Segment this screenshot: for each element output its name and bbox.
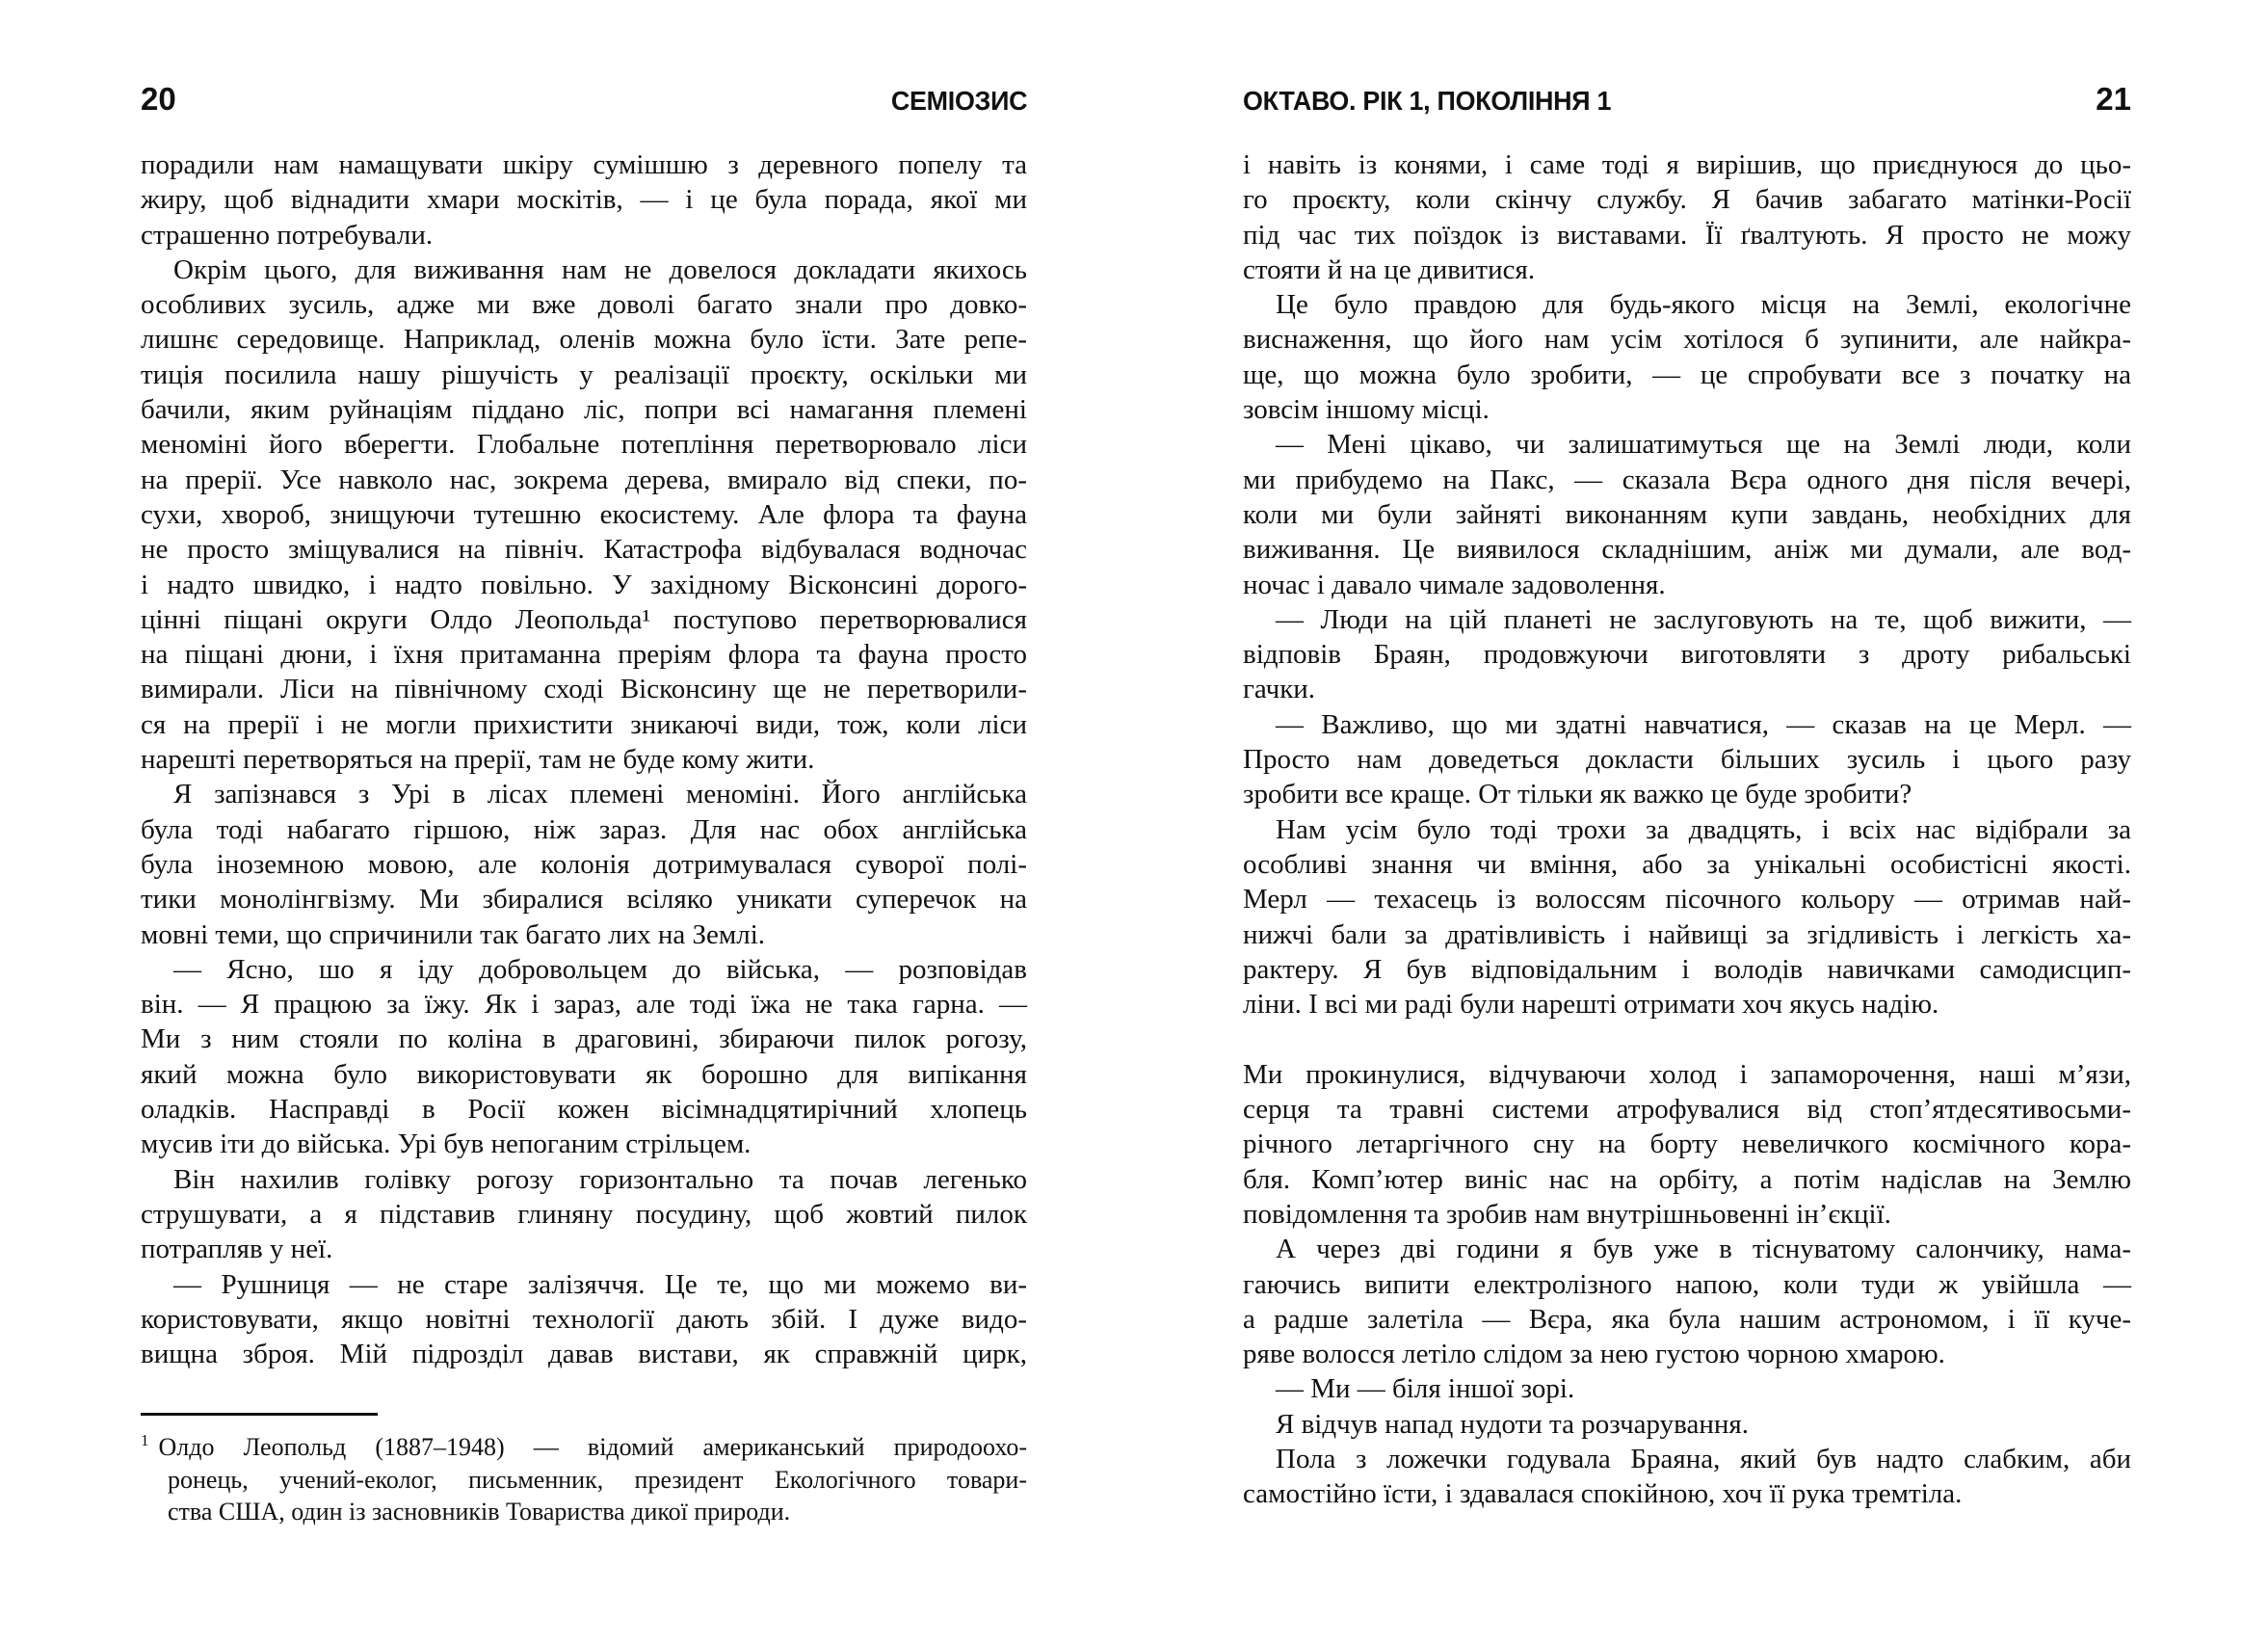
text-line: зовсім іншому місці. [1243,392,2131,427]
right-page-number: 21 [2096,81,2131,118]
footnote-line: 1Олдо Леопольд (1887–1948) — відомий аме… [141,1431,1027,1464]
footnote-marker: 1 [141,1431,159,1449]
text-line: була іноземною мовою, але колонія дотрим… [141,847,1027,882]
text-line: потрапляв у неї. [141,1232,1027,1266]
text-line: Пола з ложечки годувала Браяна, який був… [1243,1442,2131,1476]
text-line: особливі знання чи вміння, або за унікал… [1243,847,2131,882]
text-line: — Ясно, шо я іду добровольцем до війська… [141,952,1027,987]
text-line: А через дві години я був уже в тіснувато… [1243,1232,2131,1266]
text-line: — Люди на цій планеті не заслуговують на… [1243,602,2131,637]
left-page-header: 20 СЕМІОЗИС [141,81,1027,118]
text-line: Ми з ним стояли по коліна в драговині, з… [141,1022,1027,1056]
text-line: Я відчув напад нудоти та розчарування. [1243,1407,2131,1442]
text-line: страшенно потребували. [141,218,1027,252]
text-line: особливих зусиль, адже ми вже доволі баг… [141,287,1027,322]
text-line: лишнє середовище. Наприклад, оленів можн… [141,322,1027,357]
left-running-head: СЕМІОЗИС [891,86,1027,117]
text-line: — Важливо, що ми здатні навчатися, — ска… [1243,707,2131,742]
text-line: річного летаргічного сну на борту невели… [1243,1127,2131,1161]
text-line: виживання. Це виявилося складнішим, аніж… [1243,532,2131,567]
text-line: гаючись випити електролізного напою, кол… [1243,1267,2131,1302]
text-line: Нам усім було тоді трохи за двадцять, і … [1243,812,2131,847]
text-line: нижчі бали за дратівливість і найвищі за… [1243,917,2131,952]
footnote-text: 1Олдо Леопольд (1887–1948) — відомий аме… [141,1431,1027,1528]
text-line: ще, що можна було зробити, — це спробува… [1243,358,2131,392]
text-line: була тоді набагато гіршою, ніж зараз. Дл… [141,812,1027,847]
text-line: Ми прокинулися, відчуваючи холод і запам… [1243,1057,2131,1092]
footnote-rule [141,1413,378,1416]
text-line: цінні піщані округи Олдо Леопольда¹ пост… [141,602,1027,637]
text-line: порадили нам намащувати шкіру сумішшю з … [141,147,1027,182]
section-break [1243,1022,2131,1056]
text-line: мусив іти до війська. Урі був непоганим … [141,1127,1027,1161]
text-line: рактеру. Я був відповідальним і володів … [1243,952,2131,987]
text-line: — Ми — біля іншої зорі. [1243,1371,2131,1406]
text-line: а радше залетіла — Вєра, яка була нашим … [1243,1302,2131,1337]
text-line: струшувати, а я підставив глиняну посуди… [141,1197,1027,1232]
text-line: ліни. І всі ми раді були нарешті отримат… [1243,987,2131,1022]
text-line: сухи, хвороб, знищуючи тутешню екосистем… [141,497,1027,532]
text-line: Просто нам доведеться докласти більших з… [1243,742,2131,777]
text-line: ночас і давало чимале задоволення. [1243,568,2131,602]
text-line: вищна зброя. Мій підрозділ давав вистави… [141,1337,1027,1371]
text-line: Я запізнався з Урі в лісах племені меном… [141,777,1027,811]
footnote: 1Олдо Леопольд (1887–1948) — відомий аме… [141,1413,1027,1528]
text-line: тики монолінгвізму. Ми збиралися всіляко… [141,882,1027,916]
text-line: го проєкту, коли скінчу службу. Я бачив … [1243,182,2131,217]
left-page-number: 20 [141,81,176,118]
text-line: який можна було використовувати як борош… [141,1057,1027,1092]
text-line: тиція посилила нашу рішучість у реалізац… [141,358,1027,392]
text-line: Він нахилив голівку рогозу горизонтально… [141,1162,1027,1197]
text-line: жиру, щоб віднадити хмари москітів, — і … [141,182,1027,217]
right-page-body: і навіть із конями, і саме тоді я виріши… [1243,147,2131,1512]
text-line: зробити все краще. От тільки як важко це… [1243,777,2131,811]
text-line: користовувати, якщо новітні технології д… [141,1302,1027,1337]
text-line: самостійно їсти, і здавалася спокійною, … [1243,1476,2131,1511]
text-line: повідомлення та зробив нам внутрішньовен… [1243,1197,2131,1232]
text-line: Окрім цього, для виживання нам не довело… [141,252,1027,287]
text-line: — Рушниця — не старе залізяччя. Це те, щ… [141,1267,1027,1302]
text-line: бля. Комп’ютер виніс нас на орбіту, а по… [1243,1162,2131,1197]
text-line: Мерл — техасець із волоссям пісочного ко… [1243,882,2131,916]
footnote-line: ства США, один із засновників Товариства… [141,1496,1027,1528]
text-line: на піщані дюни, і їхня притаманна прерія… [141,637,1027,672]
text-line: ряве волосся летіло слідом за нею густою… [1243,1337,2131,1371]
left-page-body: порадили нам намащувати шкіру сумішшю з … [141,147,1027,1371]
text-line: стояти й на це дивитися. [1243,252,2131,287]
text-line: вимирали. Ліси на північному сході Віско… [141,672,1027,706]
text-line: на прерії. Усе навколо нас, зокрема дере… [141,463,1027,497]
text-line: і надто швидко, і надто повільно. У захі… [141,568,1027,602]
text-line: Це було правдою для будь-якого місця на … [1243,287,2131,322]
text-line: під час тих поїздок із виставами. Її ґва… [1243,218,2131,252]
text-line: не просто зміщувалися на північ. Катастр… [141,532,1027,567]
text-line: — Мені цікаво, чи залишатимуться ще на З… [1243,427,2131,462]
text-line: відповів Браян, продовжуючи виготовляти … [1243,637,2131,672]
text-line: виснаження, що його нам усім хотілося б … [1243,322,2131,357]
right-running-head: ОКТАВО. РІК 1, ПОКОЛІННЯ 1 [1243,86,1611,117]
right-page-header: ОКТАВО. РІК 1, ПОКОЛІННЯ 1 21 [1243,81,2131,118]
text-line: серця та травні системи атрофувалися від… [1243,1092,2131,1127]
text-line: коли ми були зайняті виконанням купи зав… [1243,497,2131,532]
text-line: меноміні його вберегти. Глобальне потепл… [141,427,1027,462]
text-line: ми прибудемо на Пакс, — сказала Вєра одн… [1243,463,2131,497]
footnote-line: ронець, учений-еколог, письменник, прези… [141,1464,1027,1497]
text-line: оладків. Насправді в Росії кожен вісімна… [141,1092,1027,1127]
text-line: і навіть із конями, і саме тоді я виріши… [1243,147,2131,182]
text-line: бачили, яким руйнаціям піддано ліс, попр… [141,392,1027,427]
book-spread: 20 СЕМІОЗИС ОКТАВО. РІК 1, ПОКОЛІННЯ 1 2… [0,0,2268,1646]
text-line: мовні теми, що спричинили так багато лих… [141,917,1027,952]
text-line: ся на прерії і не могли прихистити зника… [141,707,1027,742]
text-line: він. — Я працюю за їжу. Як і зараз, але … [141,987,1027,1022]
text-line: гачки. [1243,672,2131,706]
text-line: нарешті перетворяться на прерії, там не … [141,742,1027,777]
